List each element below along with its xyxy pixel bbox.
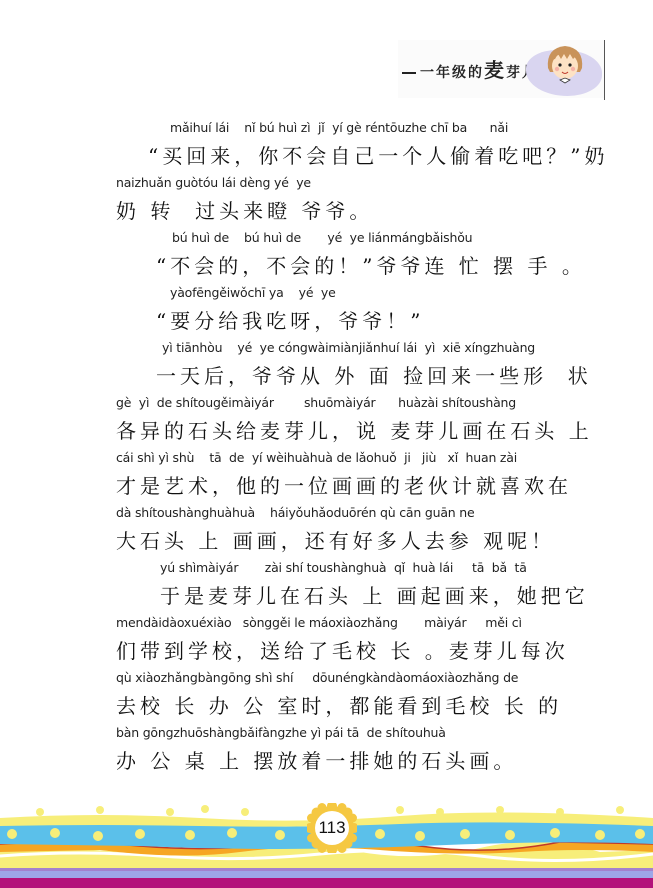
hanzi-line-9: 于是麦芽儿在石头 上 画起画来，她把它 [160,580,589,609]
title-big-char: 麦 [484,58,506,82]
pinyin-line-10: mendàidàoxuéxiào sònggěi le máoxiàozhǎng… [116,615,522,630]
hanzi-line-10: 们带到学校，送给了毛校 长 。麦芽儿每次 [116,635,569,664]
hanzi-line-5: 一天后，爷爷从 外 面 捡回来一些形 状 [156,360,592,389]
girl-face-icon [544,42,586,86]
pinyin-line-11: qù xiàozhǎngbàngōng shì shí dōunéngkàndà… [116,670,518,685]
hanzi-line-1: “买回来，你不会自己一个人偷着吃吧？”奶 [148,140,608,169]
hanzi-line-11: 去校 长 办 公 室时，都能看到毛校 长 的 [116,690,562,719]
pinyin-line-1: mǎihuí lái nǐ bú huì zì jǐ yí gè réntōuz… [170,120,508,135]
page-number: 113 [307,818,357,838]
pinyin-line-7: cái shì yì shù tā de yí wèihuàhuà de lǎo… [116,450,517,465]
hanzi-line-4: “要分给我吃呀，爷爷！” [156,305,424,334]
hanzi-line-2: 奶 转 过头来瞪 爷爷。 [116,195,373,224]
pinyin-line-4: yàofēngěiwǒchī ya yé ye [170,285,336,300]
title-prefix: 一年级的 [420,65,484,81]
pinyin-line-9: yú shìmàiyár zài shí toushànghuà qǐ huà … [160,560,527,575]
pinyin-line-3: bú huì de bú huì de yé ye liánmángbǎishǒ… [172,230,472,245]
pinyin-line-6: gè yì de shítougěimàiyár shuōmàiyár huàz… [116,395,516,410]
hanzi-line-7: 才是艺术，他的一位画画的老伙计就喜欢在 [116,470,572,499]
title-dash [402,72,416,74]
pinyin-line-5: yì tiānhòu yé ye cóngwàimiànjiǎnhuí lái … [162,340,535,355]
hanzi-line-6: 各异的石头给麦芽儿，说 麦芽儿画在石头 上 [116,415,593,444]
pinyin-line-2: naizhuǎn guòtóu lái dèng yé ye [116,175,311,190]
chapter-header: 一年级的麦芽儿 [398,40,604,98]
hanzi-line-3: “不会的，不会的！”爷爷连 忙 摆 手 。 [156,250,586,279]
pinyin-line-8: dà shítoushànghuàhuà háiyǒuhǎoduōrén qù … [116,505,475,520]
header-divider [604,40,605,100]
pinyin-line-12: bàn gōngzhuōshàngbǎifàngzhe yì pái tā de… [116,725,446,740]
hanzi-line-12: 办 公 桌 上 摆放着一排她的石头画。 [116,745,517,774]
hanzi-line-8: 大石头 上 画画，还有好多人去参 观呢！ [116,525,555,554]
chapter-title: 一年级的麦芽儿 [402,54,538,83]
